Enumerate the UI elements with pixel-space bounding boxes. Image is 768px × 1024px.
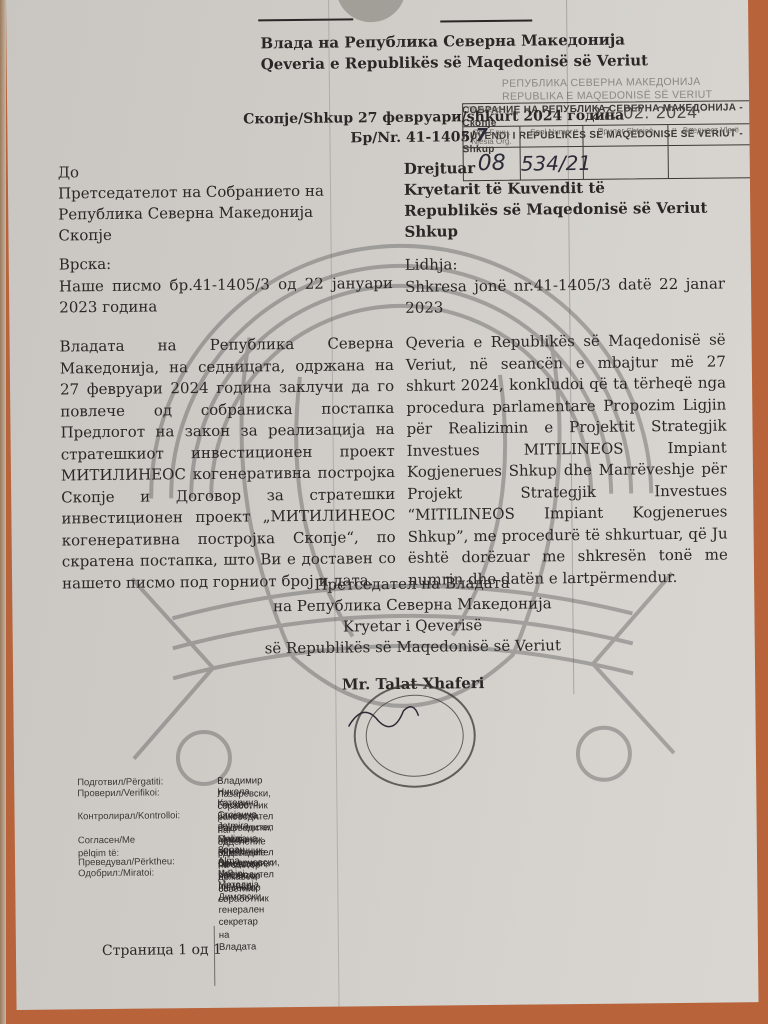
reference-number-handwritten: 7 <box>475 125 488 146</box>
register-header-row: Орг. Един. Njësia Org. Spol Numer Прилог… <box>463 124 753 148</box>
staff-list: Подготвил/Përgatiti:Владимир Лазаревски,… <box>77 773 498 897</box>
reference-sq: Lidhja: Shkresa jonë nr.41-1405/3 datë 2… <box>405 251 726 319</box>
desk-edge <box>0 0 6 1024</box>
recipient-sq-line-2: Republikës së Maqedonisë së Veriut <box>404 198 707 222</box>
header-rule-left <box>258 18 353 21</box>
signature-block: Претседател на Владата на Република Севе… <box>252 572 573 696</box>
body-text-mk: Владата на Република Северна Македонија,… <box>60 333 397 594</box>
recipient-mk-line-3: Скопје <box>58 223 324 247</box>
signature-title-2: на Република Северна Македонија <box>252 593 572 617</box>
reference-number: Бр/Nr. 41-1405/7 <box>350 125 488 149</box>
recipient-mk-line-2: Република Северна Македонија <box>58 202 324 226</box>
col-value-label: Вредност Vlerë <box>668 124 753 145</box>
reference-sq-text: Shkresa jonë nr.41-1405/3 datë 22 janar … <box>405 273 725 319</box>
recipient-mk-line-1: Претседателот на Собранието на <box>58 181 324 205</box>
recipient-sq-line-3: Shkup <box>404 219 707 243</box>
recipient-mk: До Претседателот на Собранието на Републ… <box>58 160 325 247</box>
page-number: Страница 1 од 1 <box>102 942 222 959</box>
letterhead-title-sq: Qeveria e Republikës së Maqedonisë së Ve… <box>261 51 649 73</box>
recipient-sq: Drejtuar Kryetarit të Kuvendit të Republ… <box>404 156 708 243</box>
recipient-mk-to: До <box>58 160 324 184</box>
document-page: Влада на Република Северна Македонија Qe… <box>6 0 759 1010</box>
col-attachment-label: Прилог Shtojcë <box>583 125 668 146</box>
col-number-label: Spol Numer <box>520 126 583 147</box>
reference-mk-text: Наше писмо бр.41-1405/3 од 22 јануари 20… <box>59 272 393 318</box>
reference-number-printed: Бр/Nr. 41-1405/ <box>350 129 475 146</box>
reference-mk: Врска: Наше писмо бр.41-1405/3 од 22 јан… <box>59 251 394 319</box>
body-text-sq: Qeveria e Republikës së Maqedonisë së Ve… <box>406 329 729 590</box>
signature-title-4: së Republikës së Maqedonisë së Veriut <box>253 635 573 659</box>
letterhead-title-mk: Влада на Република Северна Македонија <box>260 31 625 53</box>
header-rule-right <box>440 19 532 22</box>
signature-scribble <box>343 696 423 737</box>
